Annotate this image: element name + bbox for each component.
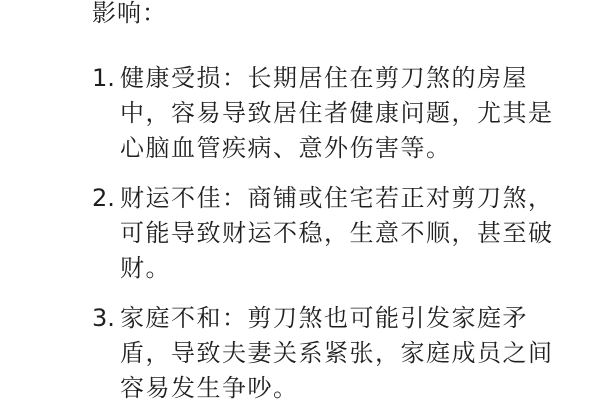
item-line: 可能导致财运不稳，生意不顺，甚至破 xyxy=(120,216,560,251)
item-text: 家庭不和：剪刀煞也可能引发家庭矛 盾，导致夫妻关系紧张，家庭成员之间 容易发生争… xyxy=(120,301,560,400)
item-text: 健康受损：长期居住在剪刀煞的房屋 中，容易导致居住者健康问题，尤其是 心脑血管疾… xyxy=(120,61,560,166)
item-line: 盾，导致夫妻关系紧张，家庭成员之间 xyxy=(120,336,560,371)
item-number: 3. xyxy=(92,301,120,336)
item-line: 中，容易导致居住者健康问题，尤其是 xyxy=(120,96,560,131)
list-item: 3. 家庭不和：剪刀煞也可能引发家庭矛 盾，导致夫妻关系紧张，家庭成员之间 容易… xyxy=(92,301,562,400)
item-number: 2. xyxy=(92,181,120,216)
item-text: 财运不佳：商铺或住宅若正对剪刀煞， 可能导致财运不稳，生意不顺，甚至破 财。 xyxy=(120,181,560,286)
item-line: 健康受损：长期居住在剪刀煞的房屋 xyxy=(120,61,560,96)
item-line: 容易发生争吵。 xyxy=(120,371,560,400)
list-item: 1. 健康受损：长期居住在剪刀煞的房屋 中，容易导致居住者健康问题，尤其是 心脑… xyxy=(92,61,562,166)
item-line: 财。 xyxy=(120,251,560,286)
item-line: 心脑血管疾病、意外伤害等。 xyxy=(120,131,560,166)
list-item: 2. 财运不佳：商铺或住宅若正对剪刀煞， 可能导致财运不稳，生意不顺，甚至破 财… xyxy=(92,181,562,286)
item-line: 财运不佳：商铺或住宅若正对剪刀煞， xyxy=(120,181,560,216)
item-number: 1. xyxy=(92,61,120,96)
intro-label: 影响： xyxy=(92,0,167,30)
item-line: 家庭不和：剪刀煞也可能引发家庭矛 xyxy=(120,301,560,336)
